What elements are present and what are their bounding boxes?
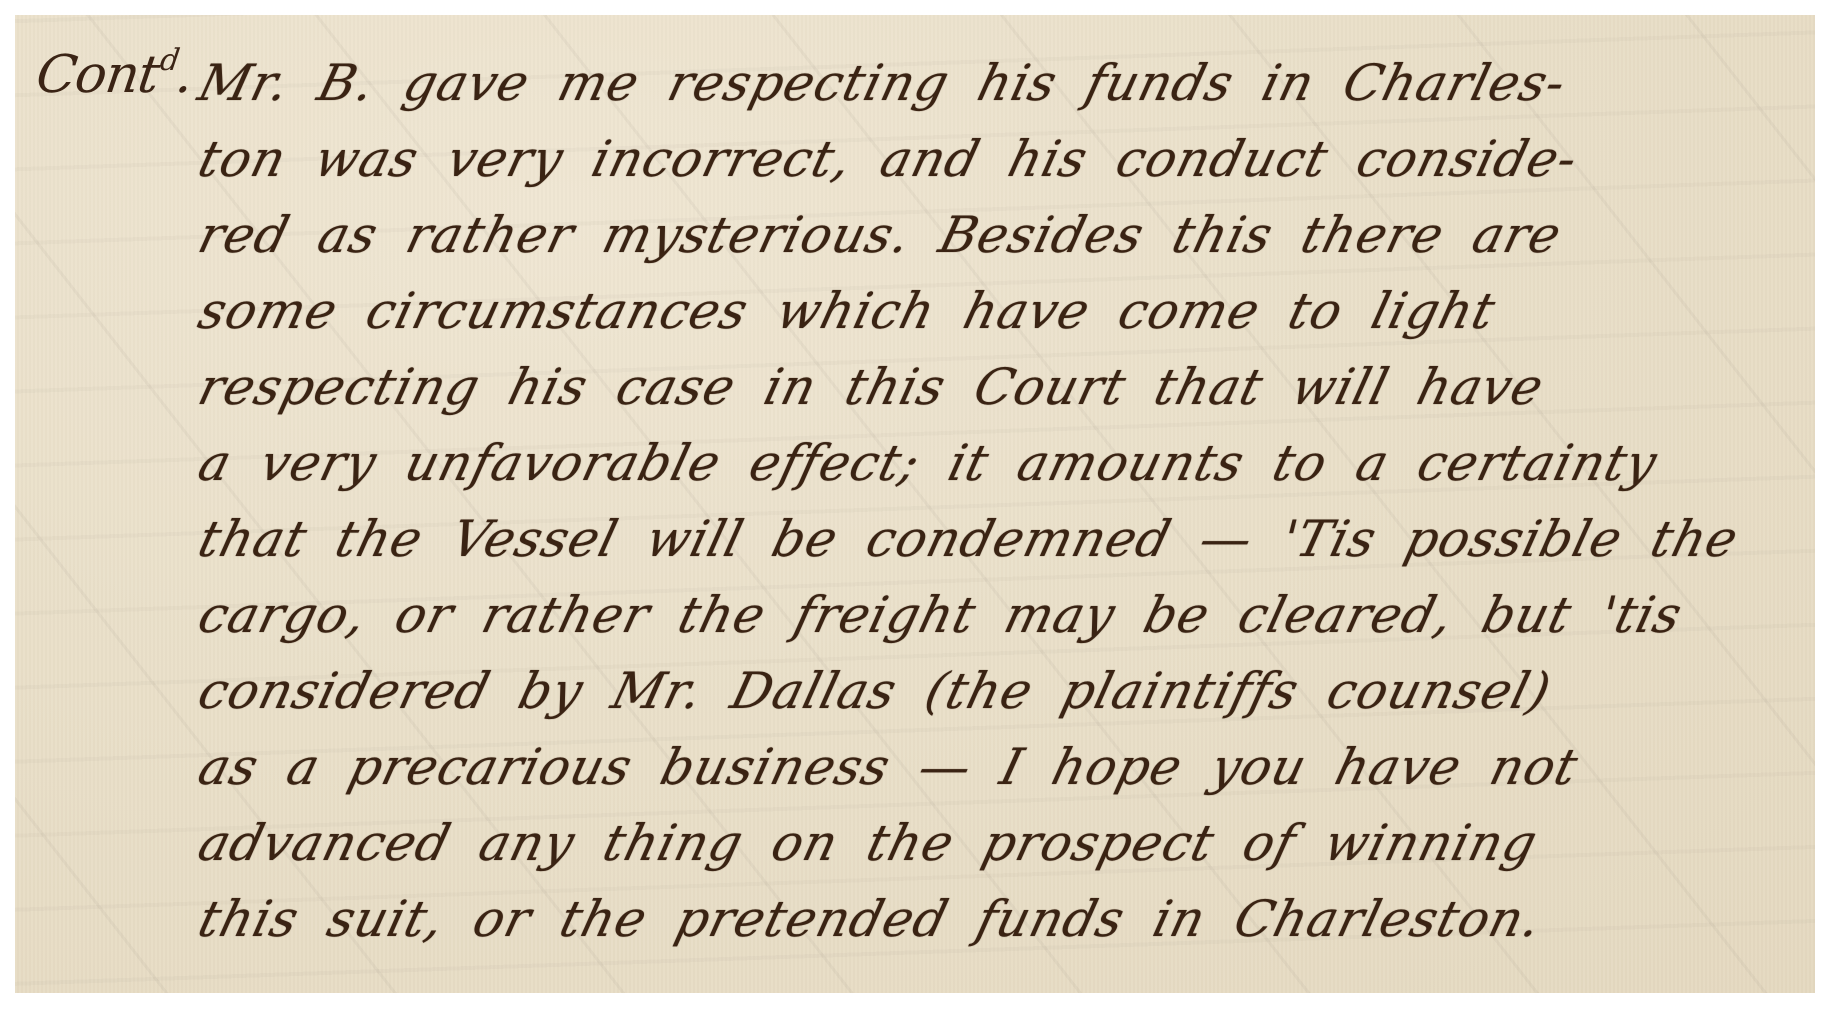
text-line-12: this suit, or the pretended funds in Cha…: [191, 881, 1770, 957]
margin-note-text: Cont: [33, 45, 163, 105]
text-line-8: cargo, or rather the freight may be clea…: [191, 577, 1770, 653]
text-line-1: Mr. B. gave me respecting his funds in C…: [191, 45, 1770, 121]
text-line-6: a very unfavorable effect; it amounts to…: [191, 425, 1770, 501]
handwritten-text-body: Mr. B. gave me respecting his funds in C…: [200, 45, 1760, 957]
text-line-11: advanced any thing on the prospect of wi…: [191, 805, 1770, 881]
text-line-7: that the Vessel will be condemned — 'Tis…: [191, 501, 1770, 577]
text-line-3: red as rather mysterious. Besides this t…: [191, 197, 1770, 273]
text-line-5: respecting his case in this Court that w…: [191, 349, 1770, 425]
text-line-2: ton was very incorrect, and his conduct …: [191, 121, 1770, 197]
text-line-10: as a precarious business — I hope you ha…: [191, 729, 1770, 805]
text-line-9: considered by Mr. Dallas (the plaintiffs…: [191, 653, 1770, 729]
manuscript-page: Contd. Mr. B. gave me respecting his fun…: [15, 15, 1815, 993]
text-line-4: some circumstances which have come to li…: [191, 273, 1770, 349]
margin-note-continued: Contd.: [33, 43, 197, 105]
